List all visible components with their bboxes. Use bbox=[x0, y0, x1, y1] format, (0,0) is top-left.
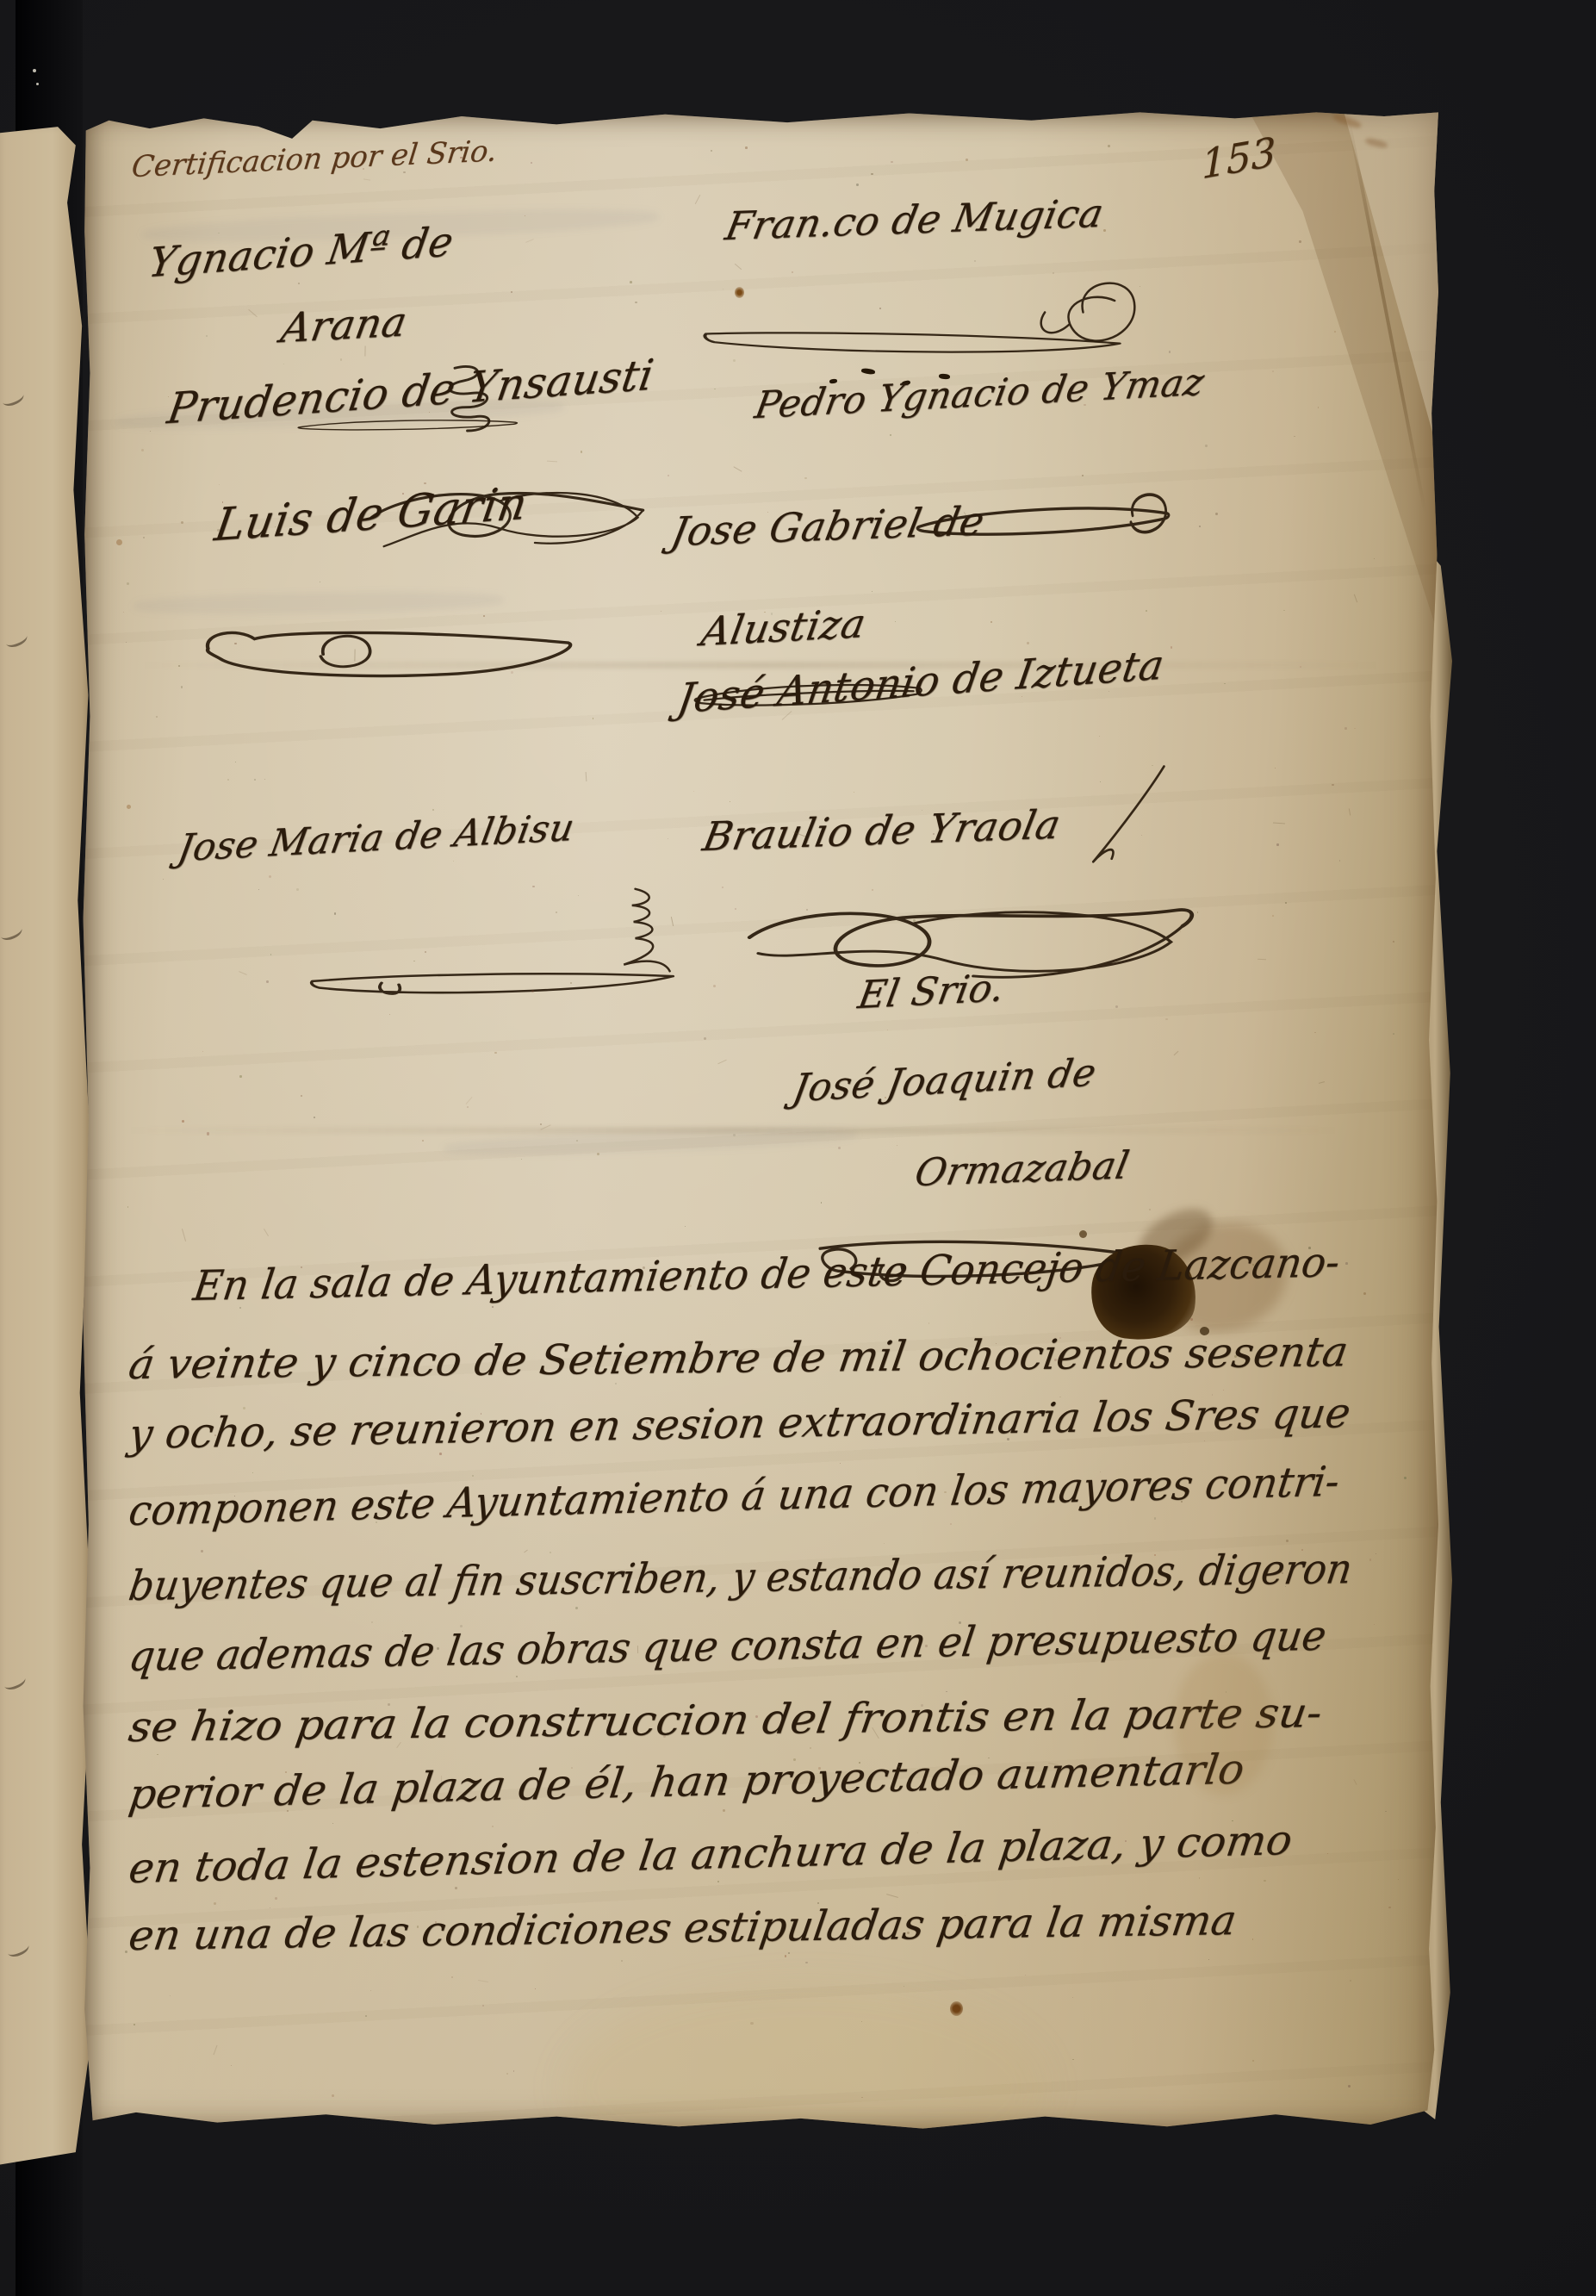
paper-speck bbox=[1199, 1877, 1201, 1879]
paper-fiber bbox=[478, 1979, 488, 1982]
paper-speck bbox=[1264, 1880, 1265, 1882]
paper-speck bbox=[946, 1691, 947, 1693]
paper-speck bbox=[1286, 1540, 1289, 1542]
paper-speck bbox=[126, 642, 127, 643]
paper-speck bbox=[578, 895, 579, 896]
paper-speck bbox=[1275, 768, 1276, 768]
paper-speck bbox=[1363, 1292, 1366, 1295]
paper-speck bbox=[821, 1202, 823, 1204]
paper-fiber bbox=[524, 1550, 528, 1553]
dust-fleck bbox=[36, 83, 39, 85]
paper-speck bbox=[714, 389, 716, 390]
paper-speck bbox=[472, 1475, 474, 1477]
paper-speck bbox=[1348, 2085, 1351, 2088]
paper-speck bbox=[511, 291, 512, 293]
paper-fiber bbox=[1349, 809, 1351, 816]
paper-speck bbox=[157, 1754, 158, 1755]
paper-speck bbox=[1154, 1517, 1157, 1520]
paper-speck bbox=[1393, 941, 1395, 943]
paper-speck bbox=[1350, 1980, 1351, 1982]
paper-speck bbox=[840, 1463, 841, 1464]
paper-speck bbox=[219, 484, 220, 485]
paper-fiber bbox=[547, 460, 557, 462]
paper-speck bbox=[1082, 475, 1084, 476]
paper-speck bbox=[1332, 784, 1334, 787]
paper-fiber bbox=[465, 1097, 472, 1104]
ink-mark bbox=[0, 389, 26, 409]
paper-speck bbox=[532, 886, 535, 888]
paper-speck bbox=[1299, 240, 1301, 243]
paper-speck bbox=[540, 1123, 542, 1125]
signature-name: Ormazabal bbox=[911, 1143, 1133, 1195]
paper-speck bbox=[804, 477, 806, 479]
paper-speck bbox=[1171, 646, 1172, 648]
paper-speck bbox=[1374, 1624, 1375, 1625]
signature-name: Jose Maria de Albisu bbox=[175, 806, 578, 871]
paper-speck bbox=[269, 875, 271, 878]
paper-speck bbox=[805, 1962, 808, 1964]
paper-speck bbox=[1283, 610, 1285, 612]
paper-speck bbox=[371, 1621, 373, 1623]
paper-speck bbox=[693, 791, 694, 792]
paper-speck bbox=[123, 612, 124, 613]
ink-mark bbox=[0, 923, 24, 943]
paper-fiber bbox=[1258, 959, 1266, 961]
paper-speck bbox=[1327, 1853, 1328, 1854]
paper-speck bbox=[838, 1147, 841, 1149]
signature-name: Braulio de Yraola bbox=[699, 800, 1065, 860]
paper-speck bbox=[735, 908, 737, 911]
paper-speck bbox=[1376, 1553, 1376, 1554]
paper-speck bbox=[227, 779, 229, 781]
paper-speck bbox=[264, 779, 265, 780]
paper-speck bbox=[717, 1881, 719, 1882]
paper-speck bbox=[856, 184, 859, 186]
body-line: que ademas de las obras que consta en el… bbox=[126, 1612, 1329, 1681]
signature-rubric bbox=[1072, 763, 1176, 871]
paper-fiber bbox=[1354, 594, 1357, 603]
paper-speck bbox=[887, 1030, 888, 1030]
paper-speck bbox=[1252, 2060, 1254, 2062]
paper-speck bbox=[127, 582, 129, 585]
signature-name: Arana bbox=[277, 298, 411, 352]
paper-speck bbox=[1300, 666, 1301, 668]
paper-speck bbox=[482, 2005, 484, 2007]
paper-speck bbox=[1149, 1209, 1151, 1210]
body-line: en una de las condiciones estipuladas pa… bbox=[126, 1896, 1239, 1960]
paper-speck bbox=[1294, 436, 1295, 437]
paper-speck bbox=[207, 1132, 209, 1135]
paper-speck bbox=[713, 985, 716, 987]
paper-speck bbox=[494, 1052, 497, 1055]
paper-speck bbox=[897, 1145, 898, 1147]
paper-speck bbox=[1388, 1907, 1391, 1909]
paper-fiber bbox=[717, 1060, 726, 1065]
paper-speck bbox=[1318, 407, 1319, 408]
paper-speck bbox=[1099, 736, 1100, 737]
paper-speck bbox=[214, 1902, 216, 1905]
paper-fiber bbox=[264, 1229, 269, 1236]
paper-speck bbox=[150, 431, 151, 432]
paper-speck bbox=[258, 889, 259, 890]
paper-speck bbox=[332, 1823, 333, 1824]
paper-speck bbox=[1208, 1959, 1210, 1961]
paper-speck bbox=[531, 162, 533, 165]
signature-name: Fran.co de Mugica bbox=[722, 190, 1108, 250]
paper-speck bbox=[966, 159, 968, 161]
paper-speck bbox=[521, 1159, 522, 1160]
paper-speck bbox=[143, 537, 145, 538]
paper-speck bbox=[1252, 1938, 1254, 1940]
paper-speck bbox=[871, 173, 873, 176]
paper-speck bbox=[891, 161, 892, 163]
body-line: se hizo para la construccion del frontis… bbox=[126, 1689, 1326, 1752]
paper-speck bbox=[492, 1826, 494, 1828]
paper-speck bbox=[1205, 445, 1208, 447]
paper-speck bbox=[202, 1051, 203, 1052]
foxing-dot bbox=[116, 539, 122, 545]
paper-fiber bbox=[586, 772, 587, 781]
paper-speck bbox=[1285, 902, 1287, 904]
paper-speck bbox=[1393, 1033, 1394, 1035]
signature-rubric bbox=[1025, 258, 1141, 366]
paper-speck bbox=[235, 762, 237, 763]
signature-title: El Srio. bbox=[854, 966, 1008, 1017]
paper-speck bbox=[575, 1607, 578, 1609]
ink-dash bbox=[861, 368, 876, 375]
paper-speck bbox=[1204, 1440, 1206, 1442]
paper-speck bbox=[168, 396, 170, 398]
paper-speck bbox=[733, 359, 736, 362]
ink-mark bbox=[2, 1672, 28, 1693]
paper-speck bbox=[254, 779, 256, 781]
ink-mark bbox=[5, 1939, 31, 1960]
showthrough-ghost bbox=[444, 1124, 858, 1160]
folio-number: 153 bbox=[1202, 128, 1276, 188]
paper-speck bbox=[163, 879, 164, 880]
paper-speck bbox=[1072, 2059, 1073, 2060]
paper-speck bbox=[1314, 1032, 1316, 1034]
paper-speck bbox=[581, 451, 582, 452]
smudge-stain bbox=[1174, 1652, 1273, 1795]
paper-speck bbox=[127, 1206, 129, 1208]
paper-speck bbox=[422, 1140, 423, 1141]
paper-speck bbox=[661, 611, 661, 612]
paper-speck bbox=[785, 1955, 786, 1957]
paper-fiber bbox=[182, 1229, 186, 1241]
paper-speck bbox=[506, 2073, 509, 2075]
paper-fiber bbox=[213, 2045, 217, 2056]
paper-speck bbox=[879, 308, 881, 309]
signature-rubric bbox=[307, 955, 678, 1005]
paper-speck bbox=[451, 1976, 453, 1978]
paper-speck bbox=[792, 271, 793, 273]
paper-speck bbox=[1276, 843, 1278, 845]
paper-speck bbox=[270, 1907, 270, 1908]
paper-speck bbox=[991, 621, 992, 623]
body-line: buyentes que al fin suscriben, y estando… bbox=[126, 1545, 1356, 1610]
body-line: componen este Ayuntamiento á una con los… bbox=[126, 1458, 1342, 1536]
paper-fiber bbox=[886, 1894, 898, 1898]
paper-speck bbox=[492, 1306, 493, 1307]
paper-speck bbox=[1345, 1262, 1348, 1265]
paper-speck bbox=[895, 621, 896, 622]
dirt-streak bbox=[1364, 137, 1388, 149]
dust-fleck bbox=[33, 69, 36, 72]
paper-speck bbox=[1165, 1018, 1168, 1021]
paper-speck bbox=[1027, 642, 1029, 644]
paper-speck bbox=[332, 2094, 334, 2097]
paper-speck bbox=[239, 1075, 241, 1077]
paper-speck bbox=[1344, 727, 1347, 730]
paper-speck bbox=[722, 887, 723, 888]
ink-splatter bbox=[1079, 1230, 1087, 1238]
header-note: Certificacion por el Srio. bbox=[130, 134, 499, 184]
paper-speck bbox=[298, 283, 300, 284]
paper-speck bbox=[810, 1747, 811, 1749]
paper-speck bbox=[141, 449, 144, 451]
paper-speck bbox=[340, 358, 343, 361]
paper-speck bbox=[283, 364, 284, 364]
paper-speck bbox=[296, 888, 299, 891]
paper-speck bbox=[453, 861, 454, 862]
paper-speck bbox=[365, 2015, 367, 2017]
paper-speck bbox=[593, 718, 594, 719]
paper-speck bbox=[950, 1523, 952, 1525]
page: Certificacion por el Srio. 153 Ygnacio M… bbox=[82, 110, 1438, 2131]
paper-speck bbox=[266, 980, 269, 983]
paper-speck bbox=[513, 2070, 514, 2071]
paper-speck bbox=[156, 716, 158, 718]
paper-speck bbox=[904, 1986, 904, 1987]
paper-speck bbox=[455, 1887, 457, 1889]
body-line: á veinte y cinco de Setiembre de mil och… bbox=[126, 1328, 1351, 1389]
paper-fiber bbox=[735, 264, 742, 270]
paper-speck bbox=[635, 302, 637, 304]
paper-speck bbox=[134, 2024, 136, 2026]
body-line: y ocho, se reunieron en sesion extraordi… bbox=[126, 1389, 1353, 1459]
paper-speck bbox=[1224, 683, 1226, 685]
rust-spot bbox=[735, 287, 744, 298]
signature-name: José Joaquin de bbox=[789, 1050, 1099, 1111]
paper-speck bbox=[535, 1988, 536, 1989]
paper-speck bbox=[1108, 145, 1110, 147]
paper-speck bbox=[884, 1543, 885, 1545]
manuscript-scan: Certificacion por el Srio. 153 Ygnacio M… bbox=[0, 0, 1596, 2296]
signature-name: Pedro Ygnacio de Ymaz bbox=[752, 360, 1208, 427]
paper-speck bbox=[201, 1550, 203, 1552]
body-line: en toda la estension de la anchura de la… bbox=[126, 1816, 1295, 1893]
paper-speck bbox=[1339, 860, 1341, 862]
paper-speck bbox=[1115, 1005, 1118, 1008]
paper-fiber bbox=[248, 308, 257, 316]
paper-fiber bbox=[695, 195, 701, 204]
paper-speck bbox=[788, 1952, 790, 1954]
paper-speck bbox=[723, 1809, 725, 1812]
paper-speck bbox=[745, 146, 748, 149]
paper-speck bbox=[1146, 610, 1147, 612]
paper-speck bbox=[370, 1990, 371, 1991]
foxing-dot bbox=[127, 805, 131, 809]
paper-speck bbox=[1169, 351, 1171, 353]
paper-speck bbox=[1272, 370, 1274, 372]
paper-speck bbox=[1223, 1390, 1224, 1391]
paper-speck bbox=[1385, 1811, 1387, 1813]
paper-speck bbox=[1374, 558, 1375, 559]
paper-speck bbox=[301, 1095, 302, 1097]
paper-fiber bbox=[540, 1124, 550, 1129]
paper-speck bbox=[685, 1226, 686, 1227]
paper-speck bbox=[1072, 1997, 1074, 1999]
body-line: perior de la plaza de él, han proyectado… bbox=[126, 1745, 1247, 1820]
paper-fiber bbox=[1319, 1081, 1325, 1084]
paper-speck bbox=[1199, 526, 1201, 527]
paper-speck bbox=[320, 582, 320, 582]
paper-speck bbox=[425, 951, 426, 953]
signature-rubric bbox=[201, 610, 593, 706]
paper-speck bbox=[252, 1472, 253, 1473]
paper-speck bbox=[275, 1897, 277, 1900]
paper-speck bbox=[1025, 1975, 1026, 1976]
paper-speck bbox=[181, 686, 183, 688]
paper-speck bbox=[432, 809, 434, 811]
paper-speck bbox=[1404, 1477, 1407, 1479]
paper-speck bbox=[206, 335, 208, 337]
paper-speck bbox=[1354, 728, 1355, 729]
paper-speck bbox=[556, 912, 557, 913]
paper-speck bbox=[1215, 513, 1218, 515]
paper-fiber bbox=[363, 178, 370, 180]
paper-fiber bbox=[734, 466, 742, 471]
paper-fiber bbox=[1353, 1779, 1357, 1785]
paper-speck bbox=[668, 475, 669, 476]
paper-speck bbox=[181, 521, 183, 524]
paper-speck bbox=[668, 838, 668, 839]
paper-speck bbox=[974, 260, 976, 262]
paper-fiber bbox=[239, 971, 248, 975]
paper-speck bbox=[630, 281, 632, 283]
paper-speck bbox=[872, 591, 873, 592]
paper-speck bbox=[1369, 1559, 1371, 1560]
paper-speck bbox=[704, 1037, 706, 1040]
paper-speck bbox=[1334, 331, 1336, 333]
paper-speck bbox=[516, 1676, 518, 1677]
paper-speck bbox=[334, 912, 336, 914]
paper-speck bbox=[270, 954, 271, 955]
paper-speck bbox=[1398, 1879, 1399, 1880]
paper-speck bbox=[1103, 229, 1106, 232]
paper-speck bbox=[389, 1014, 390, 1015]
paper-speck bbox=[182, 1120, 184, 1123]
paper-speck bbox=[1272, 915, 1274, 917]
paper-speck bbox=[231, 2065, 232, 2066]
paper-speck bbox=[890, 434, 891, 436]
paper-speck bbox=[550, 1552, 551, 1553]
paper-speck bbox=[621, 1960, 623, 1962]
fold-crease bbox=[1346, 115, 1427, 513]
yellow-stain bbox=[564, 1984, 1046, 2191]
paper-speck bbox=[170, 1995, 171, 1996]
paper-speck bbox=[730, 801, 730, 802]
ink-mark bbox=[3, 630, 29, 650]
signature-name: Alustiza bbox=[698, 600, 869, 656]
paper-fiber bbox=[1174, 1051, 1179, 1055]
paper-speck bbox=[467, 1106, 469, 1108]
paper-speck bbox=[711, 150, 712, 152]
paper-speck bbox=[723, 289, 724, 290]
paper-speck bbox=[314, 1117, 315, 1118]
paper-speck bbox=[928, 1322, 930, 1324]
paper-speck bbox=[178, 665, 180, 667]
paper-fiber bbox=[1273, 822, 1285, 824]
paper-fiber bbox=[525, 239, 534, 243]
paper-speck bbox=[854, 792, 854, 793]
